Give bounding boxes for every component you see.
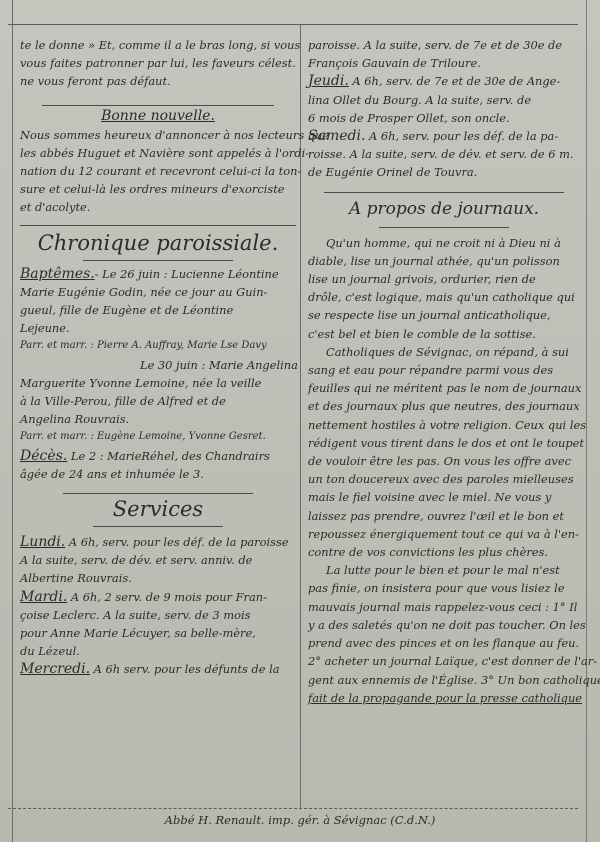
text-line: de vouloir être les pas. On vous les off…: [308, 452, 580, 470]
text-line: Catholiques de Sévignac, on répand, à su…: [308, 343, 580, 361]
text-line: nation du 12 courant et recevront celui-…: [20, 162, 296, 180]
text-line: et des journaux plus que neutres, des jo…: [308, 397, 580, 415]
text-line: vous faites patronner par lui, les faveu…: [20, 54, 296, 72]
services-continued: paroisse. A la suite, serv. de 7e et de …: [308, 36, 580, 182]
text-line: les abbés Huguet et Navière sont appelés…: [20, 144, 296, 162]
deces-entry: Décès. Le 2 : MarieRéhel, des Chandrairs…: [20, 447, 296, 483]
text-line: Lejeune.: [20, 319, 296, 337]
text-line: du Lézeul.: [20, 642, 296, 660]
text-line: ne vous feront pas défaut.: [20, 72, 296, 90]
text-line: lina Ollet du Bourg. A la suite, serv. d…: [308, 91, 580, 109]
journaux-heading: A propos de journaux.: [308, 197, 580, 221]
document-page: te le donne » Et, comme il a le bras lon…: [0, 0, 600, 842]
text-line: feuilles qui ne méritent pas le nom de j…: [308, 379, 580, 397]
text-line: Albertine Rouvrais.: [20, 569, 296, 587]
text-line: lise un journal grivois, ordurier, rien …: [308, 270, 580, 288]
top-border-rule: [8, 24, 578, 25]
text-line: Le 30 juin : Marie Angelina: [20, 356, 296, 374]
text-line: gent aux ennemis de l'Église. 3° Un bon …: [308, 671, 580, 689]
text-line: à la Ville-Perou, fille de Alfred et de: [20, 392, 296, 410]
text-line: contre de vos convictions les plus chère…: [308, 543, 580, 561]
text-line: A 6h, serv. de 7e et de 30e de Ange-: [349, 74, 560, 88]
text-line: de Eugénie Orinel de Touvra.: [308, 163, 580, 181]
text-line: - Le 26 juin : Lucienne Léontine: [95, 267, 279, 281]
text-line: Marie Eugénie Godin, née ce jour au Guin…: [20, 283, 296, 301]
jeudi-label: Jeudi.: [308, 73, 349, 89]
baptemes-label: Baptêmes.: [20, 266, 95, 282]
printer-imprint: Abbé H. Renault. imp. gér. à Sévignac (C…: [0, 813, 600, 827]
left-margin-rule: [12, 0, 13, 842]
text-line: c'est bel et bien le comble de la sottis…: [308, 325, 580, 343]
text-line: sang et eau pour répandre parmi vous des: [308, 361, 580, 379]
text-line: rédigent vous tirent dans le dos et ont …: [308, 434, 580, 452]
right-margin-rule: [586, 0, 587, 842]
services-list: Lundi. A 6h, serv. pour les déf. de la p…: [20, 533, 296, 679]
godparents-line: Parr. et marr. : Pierre A. Auffray, Mari…: [20, 337, 296, 355]
text-line: y a des saletés qu'on ne doit pas touche…: [308, 616, 580, 634]
text-line: diable, lise un journal athée, qu'un pol…: [308, 252, 580, 270]
bonne-nouvelle-heading: Bonne nouvelle.: [20, 106, 296, 126]
text-line: Marguerite Yvonne Lemoine, née la veille: [20, 374, 296, 392]
bottom-border-rule: [8, 808, 578, 809]
text-line: prend avec des pinces et on les flanque …: [308, 634, 580, 652]
section-rule: [20, 225, 296, 226]
text-line: se respecte lise un journal anticatholiq…: [308, 306, 580, 324]
text-line: sure et celui-là les ordres mineurs d'ex…: [20, 180, 296, 198]
text-line: mais le fiel voisine avec le miel. Ne vo…: [308, 488, 580, 506]
text-line: un ton doucereux avec des paroles mielle…: [308, 470, 580, 488]
section-rule: [93, 526, 223, 527]
text-line: Le 2 : MarieRéhel, des Chandrairs: [67, 449, 270, 463]
text-line: A la suite, serv. de dév. et serv. anniv…: [20, 551, 296, 569]
text-line: La lutte pour le bien et pour le mal n'e…: [308, 561, 580, 579]
text-line: A 6h, serv. pour les déf. de la paroisse: [65, 535, 288, 549]
text-line: François Gauvain de Triloure.: [308, 54, 580, 72]
intro-paragraph: te le donne » Et, comme il a le bras lon…: [20, 36, 296, 91]
text-line: 6 mois de Prosper Ollet, son oncle.: [308, 109, 580, 127]
mercredi-label: Mercredi.: [20, 661, 90, 677]
text-line: A 6h, serv. pour les déf. de la pa-: [365, 129, 558, 143]
deces-label: Décès.: [20, 448, 67, 464]
godparents-line: Parr. et marr. : Eugène Lemoine, Yvonne …: [20, 428, 296, 446]
bonne-nouvelle-paragraph: Nous sommes heureux d'annoncer à nos lec…: [20, 126, 296, 217]
text-line: Nous sommes heureux d'annoncer à nos lec…: [20, 126, 296, 144]
text-line: repoussez énergiquement tout ce qui va à…: [308, 525, 580, 543]
text-line: fait de la propagande pour la presse cat…: [308, 689, 580, 707]
left-column: te le donne » Et, comme il a le bras lon…: [20, 36, 296, 679]
text-line: 2° acheter un journal Laïque, c'est donn…: [308, 652, 580, 670]
text-line: roisse. A la suite, serv. de dév. et ser…: [308, 145, 580, 163]
text-line: Qu'un homme, qui ne croit ni à Dieu ni à: [308, 234, 580, 252]
baptemes-entry: Baptêmes.- Le 26 juin : Lucienne Léontin…: [20, 265, 296, 447]
section-rule: [379, 227, 509, 228]
samedi-label: Samedi.: [308, 128, 365, 144]
chronique-heading: Chronique paroissiale.: [20, 228, 296, 258]
text-line: A 6h serv. pour les défunts de la: [90, 662, 279, 676]
text-line: nettement hostiles à votre religion. Ceu…: [308, 416, 580, 434]
text-line: paroisse. A la suite, serv. de 7e et de …: [308, 36, 580, 54]
text-line: mauvais journal mais rappelez-vous ceci …: [308, 598, 580, 616]
text-line: âgée de 24 ans et inhumée le 3.: [20, 465, 296, 483]
text-line: A 6h, 2 serv. de 9 mois pour Fran-: [67, 590, 267, 604]
section-rule: [324, 192, 564, 193]
lundi-label: Lundi.: [20, 534, 65, 550]
text-line: pour Anne Marie Lécuyer, sa belle-mère,: [20, 624, 296, 642]
mardi-label: Mardi.: [20, 589, 67, 605]
text-line: te le donne » Et, comme il a le bras lon…: [20, 36, 296, 54]
journaux-article: Qu'un homme, qui ne croit ni à Dieu ni à…: [308, 234, 580, 707]
text-line: et d'acolyte.: [20, 198, 296, 216]
text-line: Angelina Rouvrais.: [20, 410, 296, 428]
text-line: drôle, c'est logique, mais qu'un catholi…: [308, 288, 580, 306]
text-line: gueul, fille de Eugène et de Léontine: [20, 301, 296, 319]
services-heading: Services: [20, 494, 296, 524]
text-line: çoise Leclerc. A la suite, serv. de 3 mo…: [20, 606, 296, 624]
right-column: paroisse. A la suite, serv. de 7e et de …: [308, 36, 580, 707]
text-line: laissez pas prendre, ouvrez l'œil et le …: [308, 507, 580, 525]
text-line: pas finie, on insistera pour que vous li…: [308, 579, 580, 597]
section-rule: [83, 260, 233, 261]
